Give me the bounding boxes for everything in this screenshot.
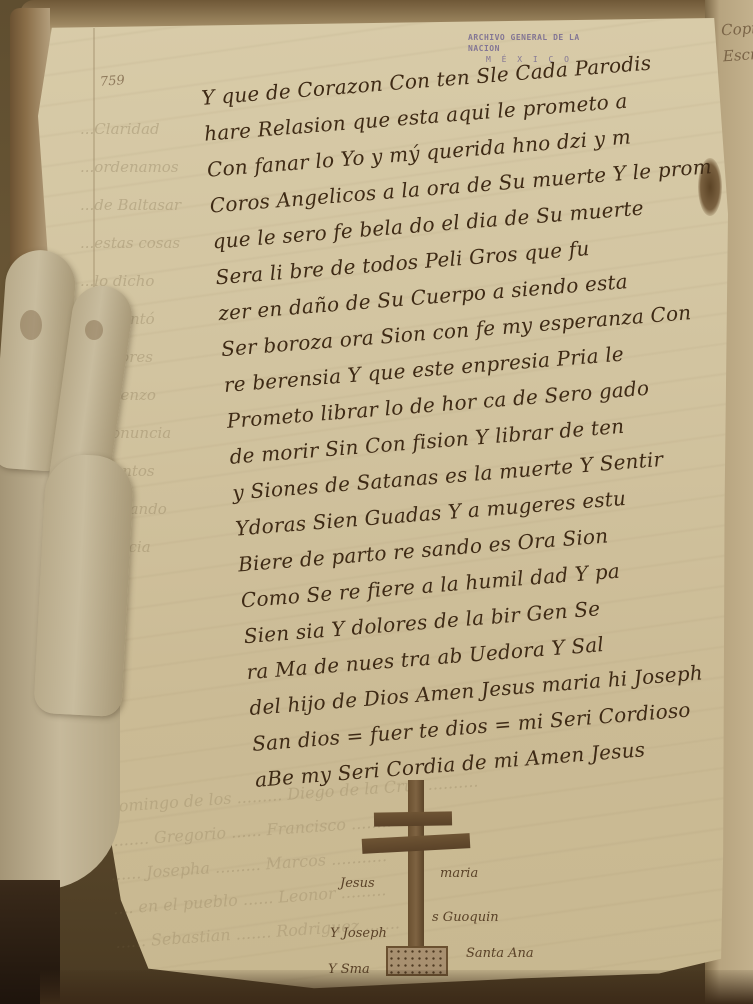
folio-number: 759 — [100, 73, 126, 90]
cross-post — [408, 780, 424, 950]
cross-label-joaquin: s Guoquin — [432, 910, 499, 925]
adjacent-page-text: Copia Escri — [720, 15, 753, 70]
adjacent-fragment-1: Copia — [720, 15, 753, 44]
photo-scene: Copia Escri ARCHIVO GENERAL DE LA NACION… — [0, 0, 753, 1004]
manuscript-text-block: Y que de Corazon Con ten Sle Cada Parodi… — [200, 39, 753, 798]
cross-label-santa-ana: Santa Ana — [466, 946, 534, 961]
cross-label-jesus: Jesus — [340, 876, 375, 891]
cross-label-joseph: Y Joseph — [330, 926, 387, 941]
cross-label-maria: maria — [440, 866, 478, 881]
gloved-hand — [0, 250, 140, 890]
cross-upper-bar — [374, 811, 452, 826]
bottom-shadow — [40, 970, 753, 1004]
glove-stain — [85, 320, 103, 340]
glove-stain — [20, 310, 42, 340]
cross-lower-bar — [362, 833, 471, 854]
adjacent-fragment-2: Escri — [722, 41, 753, 70]
glove-thumb — [33, 453, 134, 717]
